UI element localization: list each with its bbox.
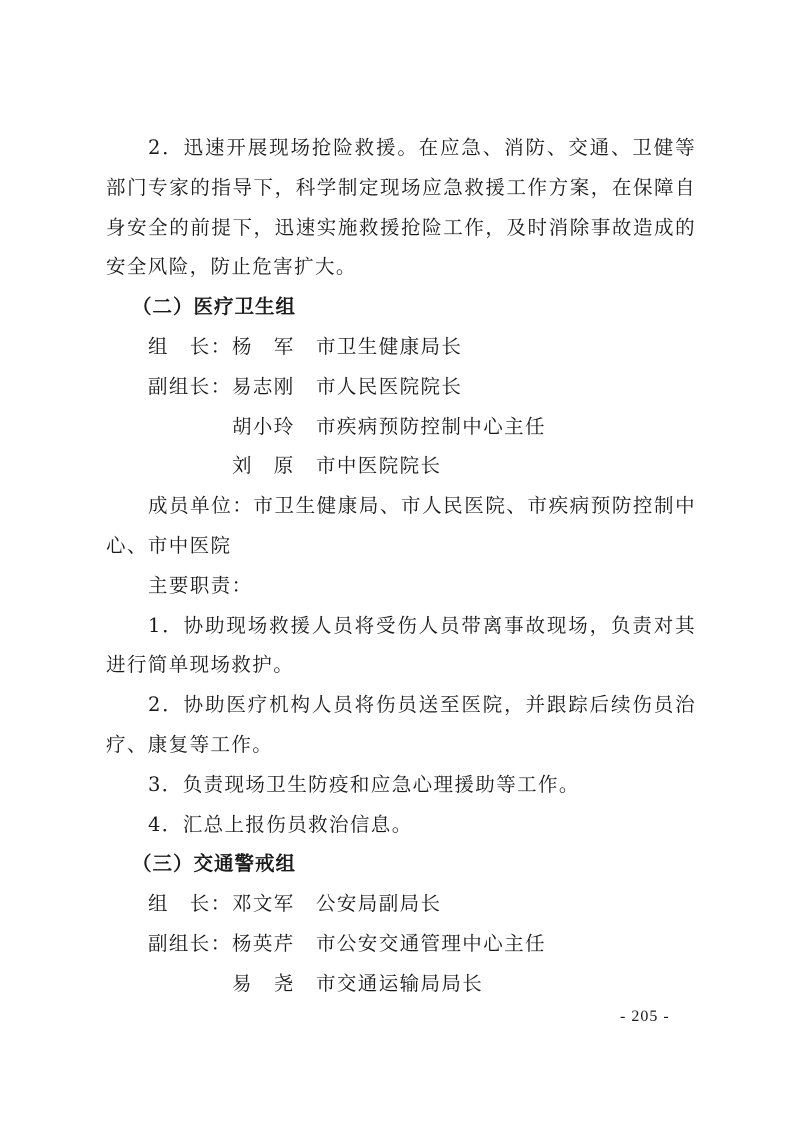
deputy-row: 刘 原 市中医院院长 (106, 446, 696, 486)
person-name: 胡小玲 (232, 407, 316, 447)
role-label (106, 446, 232, 486)
role-label: 组 长： (106, 884, 232, 924)
person-title: 公安局副局长 (316, 884, 441, 924)
section-heading: （三）交通警戒组 (106, 844, 696, 884)
role-label: 组 长： (106, 327, 232, 367)
person-title: 市公安交通管理中心主任 (316, 924, 546, 964)
deputy-row: 易 尧 市交通运输局局长 (106, 964, 696, 1004)
person-name: 杨 军 (232, 327, 316, 367)
role-label: 副组长： (106, 367, 232, 407)
person-name: 刘 原 (232, 446, 316, 486)
duty-line: 3．负责现场卫生防疫和应急心理援助等工作。 (106, 765, 696, 805)
paragraph-line: 2．迅速开展现场抢险救援。在应急、消防、交通、卫健等 (106, 128, 696, 168)
document-page: 2．迅速开展现场抢险救援。在应急、消防、交通、卫健等 部门专家的指导下，科学制定… (106, 128, 696, 1004)
person-name: 易志刚 (232, 367, 316, 407)
deputy-row: 副组长： 杨英芹 市公安交通管理中心主任 (106, 924, 696, 964)
duty-line: 4．汇总上报伤员救治信息。 (106, 805, 696, 845)
deputy-row: 副组长： 易志刚 市人民医院院长 (106, 367, 696, 407)
paragraph-line: 身安全的前提下，迅速实施救援抢险工作，及时消除事故造成的 (106, 208, 696, 248)
person-title: 市疾病预防控制中心主任 (316, 407, 546, 447)
page-number: - 205 - (620, 1008, 670, 1026)
role-label (106, 964, 232, 1004)
members-line: 成员单位：市卫生健康局、市人民医院、市疾病预防控制中 (106, 486, 696, 526)
person-name: 邓文军 (232, 884, 316, 924)
section-heading: （二）医疗卫生组 (106, 287, 696, 327)
person-name: 杨英芹 (232, 924, 316, 964)
duty-line: 进行简单现场救护。 (106, 645, 696, 685)
duty-line: 疗、康复等工作。 (106, 725, 696, 765)
duty-line: 2．协助医疗机构人员将伤员送至医院，并跟踪后续伤员治 (106, 685, 696, 725)
role-label (106, 407, 232, 447)
person-title: 市卫生健康局长 (316, 327, 462, 367)
role-label: 副组长： (106, 924, 232, 964)
leader-row: 组 长： 邓文军 公安局副局长 (106, 884, 696, 924)
person-title: 市中医院院长 (316, 446, 441, 486)
person-title: 市人民医院院长 (316, 367, 462, 407)
duties-label: 主要职责： (106, 566, 696, 606)
members-line: 心、市中医院 (106, 526, 696, 566)
paragraph-line: 部门专家的指导下，科学制定现场应急救援工作方案，在保障自 (106, 168, 696, 208)
leader-row: 组 长： 杨 军 市卫生健康局长 (106, 327, 696, 367)
paragraph-line: 安全风险，防止危害扩大。 (106, 247, 696, 287)
person-name: 易 尧 (232, 964, 316, 1004)
person-title: 市交通运输局局长 (316, 964, 483, 1004)
deputy-row: 胡小玲 市疾病预防控制中心主任 (106, 407, 696, 447)
duty-line: 1．协助现场救援人员将受伤人员带离事故现场，负责对其 (106, 606, 696, 646)
